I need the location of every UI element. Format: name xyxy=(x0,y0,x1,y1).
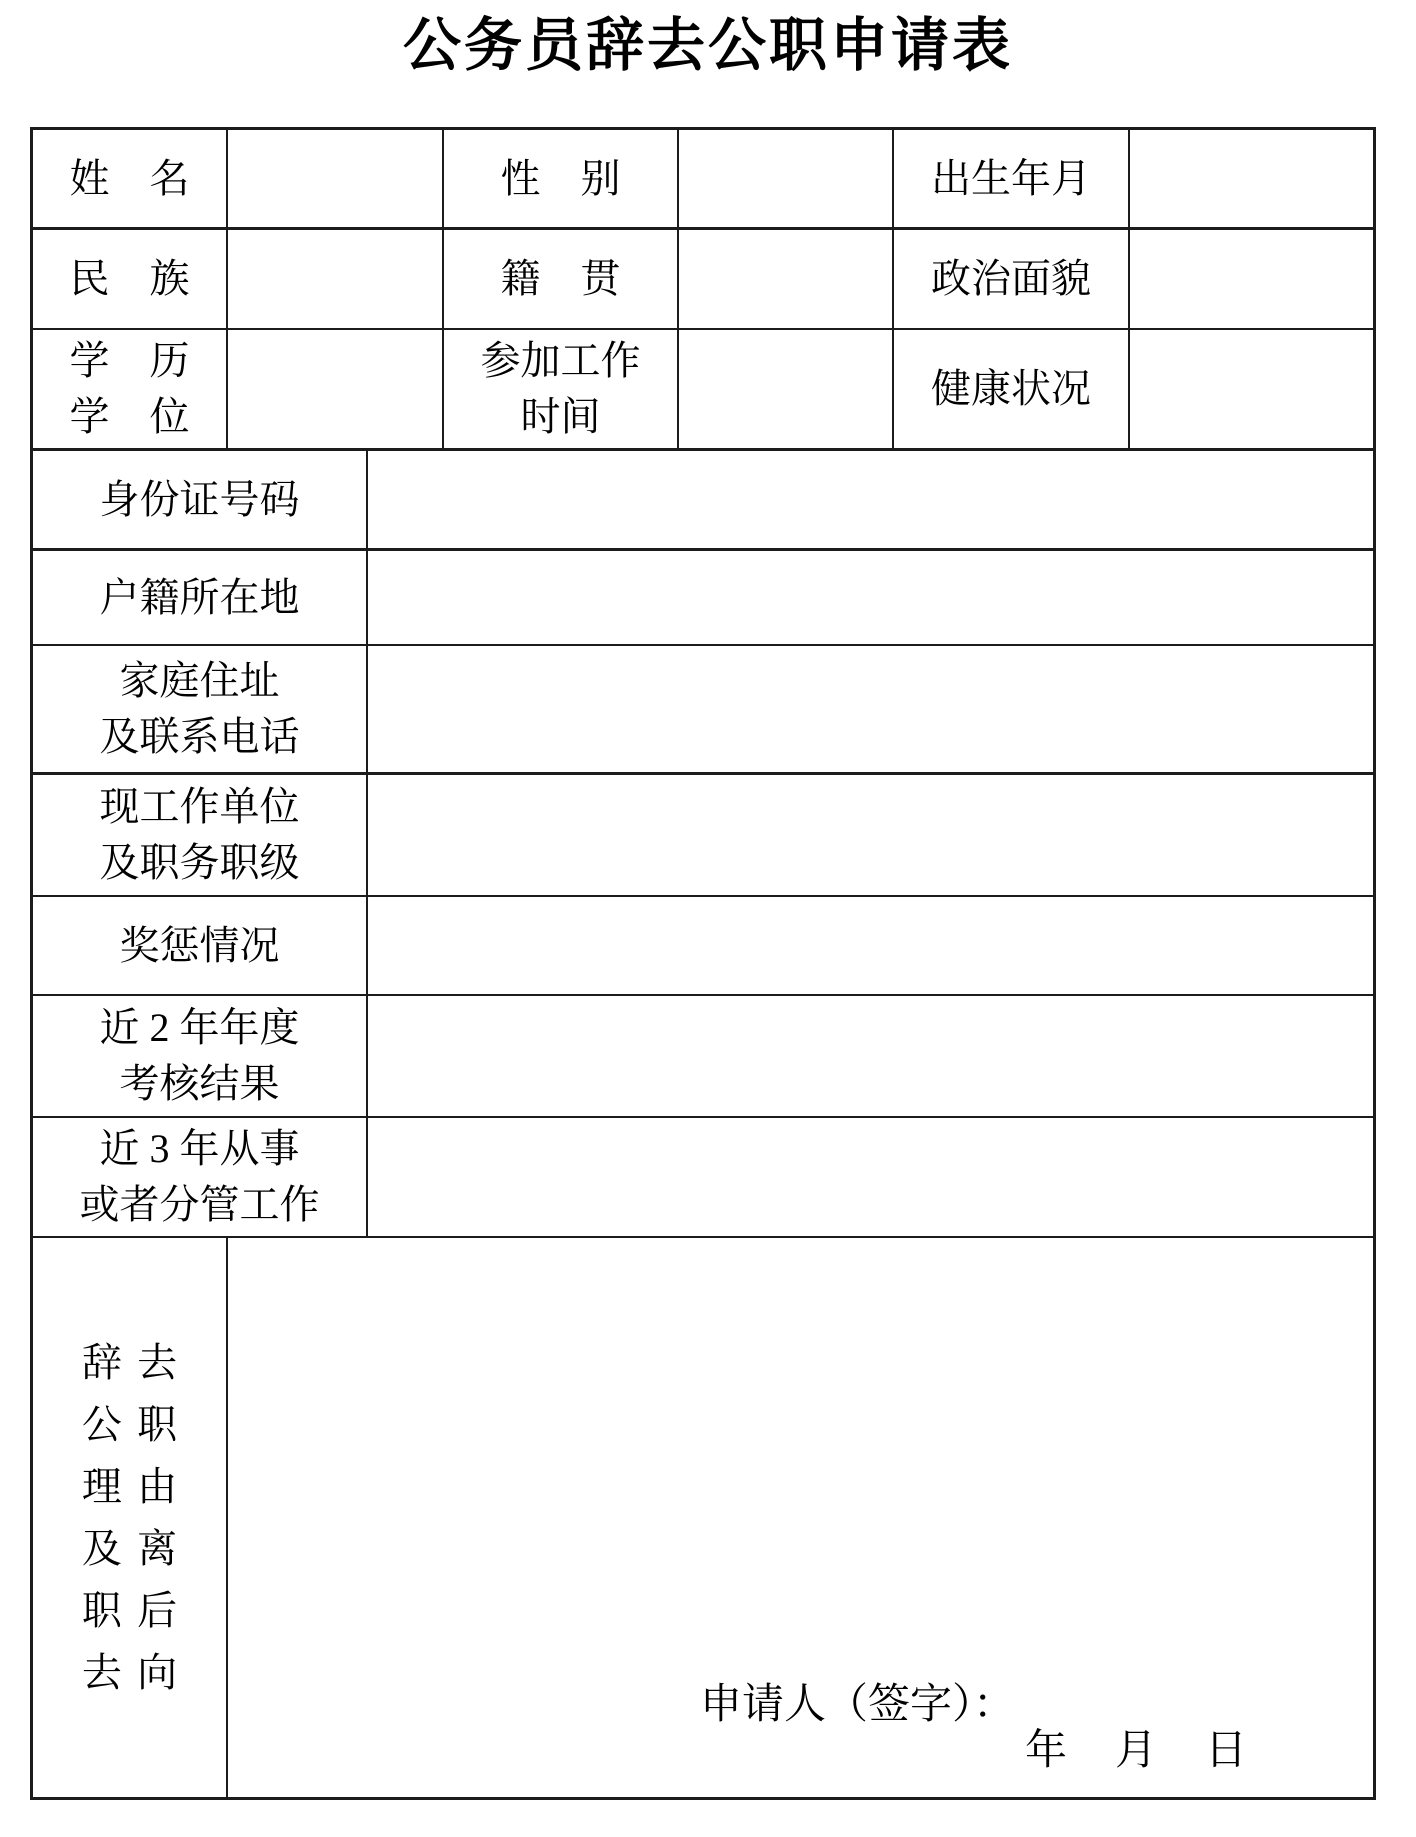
education-degree-label-cell: 学 历 学 位 xyxy=(33,330,228,448)
rewards-punishments-value-cell[interactable] xyxy=(368,897,1373,994)
recent-work-label-line-1: 近 3 年从事 xyxy=(100,1121,300,1177)
political-status-label-cell: 政治面貌 xyxy=(894,230,1130,328)
household-registration-label: 户籍所在地 xyxy=(100,570,300,626)
gender-label-cell: 性 别 xyxy=(444,130,679,227)
work-start-time-label-line-2: 时间 xyxy=(521,389,601,445)
resignation-reason-label-line-3: 理由 xyxy=(82,1456,192,1518)
table-row-basic-1: 姓 名 性 别 出生年月 xyxy=(33,130,1373,230)
annual-assessment-label-line-1: 近 2 年年度 xyxy=(100,1000,300,1056)
education-degree-value-cell[interactable] xyxy=(228,330,444,448)
home-address-label-line-2: 及联系电话 xyxy=(100,709,300,765)
birth-date-label: 出生年月 xyxy=(931,151,1091,207)
current-employer-label-line-2: 及职务职级 xyxy=(100,835,300,891)
table-row-recent-work: 近 3 年从事 或者分管工作 xyxy=(33,1118,1373,1238)
work-start-time-value-cell[interactable] xyxy=(679,330,894,448)
current-employer-label-cell: 现工作单位 及职务职级 xyxy=(33,775,368,895)
table-row-rewards-punishments: 奖惩情况 xyxy=(33,897,1373,996)
ethnicity-label: 民 族 xyxy=(70,251,190,307)
home-address-value-cell[interactable] xyxy=(368,646,1373,772)
health-status-value-cell[interactable] xyxy=(1130,330,1373,448)
health-status-label-cell: 健康状况 xyxy=(894,330,1130,448)
applicant-signature-label: 申请人（签字）： xyxy=(700,1684,1015,1726)
table-row-home-address: 家庭住址 及联系电话 xyxy=(33,646,1373,775)
name-value-cell[interactable] xyxy=(228,130,444,227)
resignation-reason-label-line-6: 去向 xyxy=(82,1642,192,1704)
annual-assessment-label-cell: 近 2 年年度 考核结果 xyxy=(33,996,368,1116)
recent-work-value-cell[interactable] xyxy=(368,1118,1373,1236)
political-status-value-cell[interactable] xyxy=(1130,230,1373,328)
table-row-resignation-reason: 辞去 公职 理由 及离 职后 去向 申请人（签字）： 年 月 日 xyxy=(33,1238,1373,1797)
ethnicity-label-cell: 民 族 xyxy=(33,230,228,328)
table-row-current-employer: 现工作单位 及职务职级 xyxy=(33,775,1373,897)
native-place-label: 籍 贯 xyxy=(501,251,621,307)
id-number-value-cell[interactable] xyxy=(368,451,1373,548)
resignation-reason-label-line-1: 辞去 xyxy=(82,1332,192,1394)
household-registration-value-cell[interactable] xyxy=(368,551,1373,644)
ethnicity-value-cell[interactable] xyxy=(228,230,444,328)
id-number-label: 身份证号码 xyxy=(100,472,300,528)
annual-assessment-label-line-2: 考核结果 xyxy=(120,1056,280,1112)
work-start-time-label-cell: 参加工作 时间 xyxy=(444,330,679,448)
resignation-reason-label-cell: 辞去 公职 理由 及离 职后 去向 xyxy=(33,1238,228,1797)
home-address-label-line-1: 家庭住址 xyxy=(120,653,280,709)
rewards-punishments-label: 奖惩情况 xyxy=(120,918,280,974)
date-label: 年 月 日 xyxy=(1025,1730,1250,1772)
political-status-label: 政治面貌 xyxy=(931,251,1091,307)
table-row-annual-assessment: 近 2 年年度 考核结果 xyxy=(33,996,1373,1118)
table-row-basic-3: 学 历 学 位 参加工作 时间 健康状况 xyxy=(33,330,1373,451)
current-employer-value-cell[interactable] xyxy=(368,775,1373,895)
annual-assessment-value-cell[interactable] xyxy=(368,996,1373,1116)
id-number-label-cell: 身份证号码 xyxy=(33,451,368,548)
resignation-reason-label-line-2: 公职 xyxy=(82,1394,192,1456)
name-label: 姓 名 xyxy=(70,151,190,207)
resignation-form-page: 公务员辞去公职申请表 姓 名 性 别 出生年月 民 族 籍 贯 xyxy=(0,0,1416,1837)
recent-work-label-cell: 近 3 年从事 或者分管工作 xyxy=(33,1118,368,1236)
resignation-reason-label-line-4: 及离 xyxy=(82,1518,192,1580)
education-label-line-2: 学 位 xyxy=(70,389,190,445)
household-registration-label-cell: 户籍所在地 xyxy=(33,551,368,644)
resignation-reason-label-line-5: 职后 xyxy=(82,1580,192,1642)
name-label-cell: 姓 名 xyxy=(33,130,228,227)
work-start-time-label-line-1: 参加工作 xyxy=(481,333,641,389)
current-employer-label-line-1: 现工作单位 xyxy=(100,779,300,835)
birth-date-label-cell: 出生年月 xyxy=(894,130,1130,227)
education-label-line-1: 学 历 xyxy=(70,333,190,389)
form-table: 姓 名 性 别 出生年月 民 族 籍 贯 政治面貌 xyxy=(30,127,1376,1800)
native-place-value-cell[interactable] xyxy=(679,230,894,328)
resignation-reason-value-cell[interactable]: 申请人（签字）： 年 月 日 xyxy=(228,1238,1373,1797)
home-address-label-cell: 家庭住址 及联系电话 xyxy=(33,646,368,772)
gender-label: 性 别 xyxy=(501,151,621,207)
birth-date-value-cell[interactable] xyxy=(1130,130,1373,227)
table-row-household-registration: 户籍所在地 xyxy=(33,551,1373,646)
gender-value-cell[interactable] xyxy=(679,130,894,227)
table-row-id-number: 身份证号码 xyxy=(33,451,1373,551)
native-place-label-cell: 籍 贯 xyxy=(444,230,679,328)
form-title: 公务员辞去公职申请表 xyxy=(0,8,1416,84)
recent-work-label-line-2: 或者分管工作 xyxy=(80,1177,320,1233)
health-status-label: 健康状况 xyxy=(931,361,1091,417)
table-row-basic-2: 民 族 籍 贯 政治面貌 xyxy=(33,230,1373,330)
rewards-punishments-label-cell: 奖惩情况 xyxy=(33,897,368,994)
